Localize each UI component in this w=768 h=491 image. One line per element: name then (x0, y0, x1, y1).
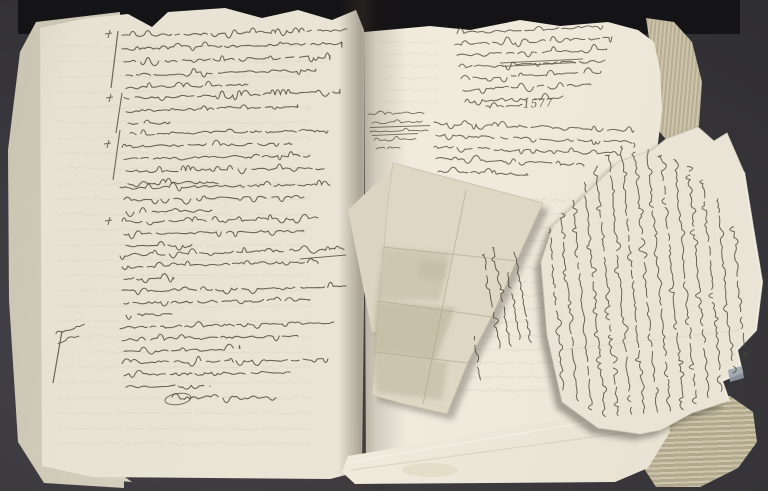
manuscript-photo: 1577 (0, 0, 768, 491)
sheet-fold-crease (352, 432, 630, 470)
paper-stain (402, 463, 458, 477)
inserted-papers-layer (0, 0, 768, 491)
